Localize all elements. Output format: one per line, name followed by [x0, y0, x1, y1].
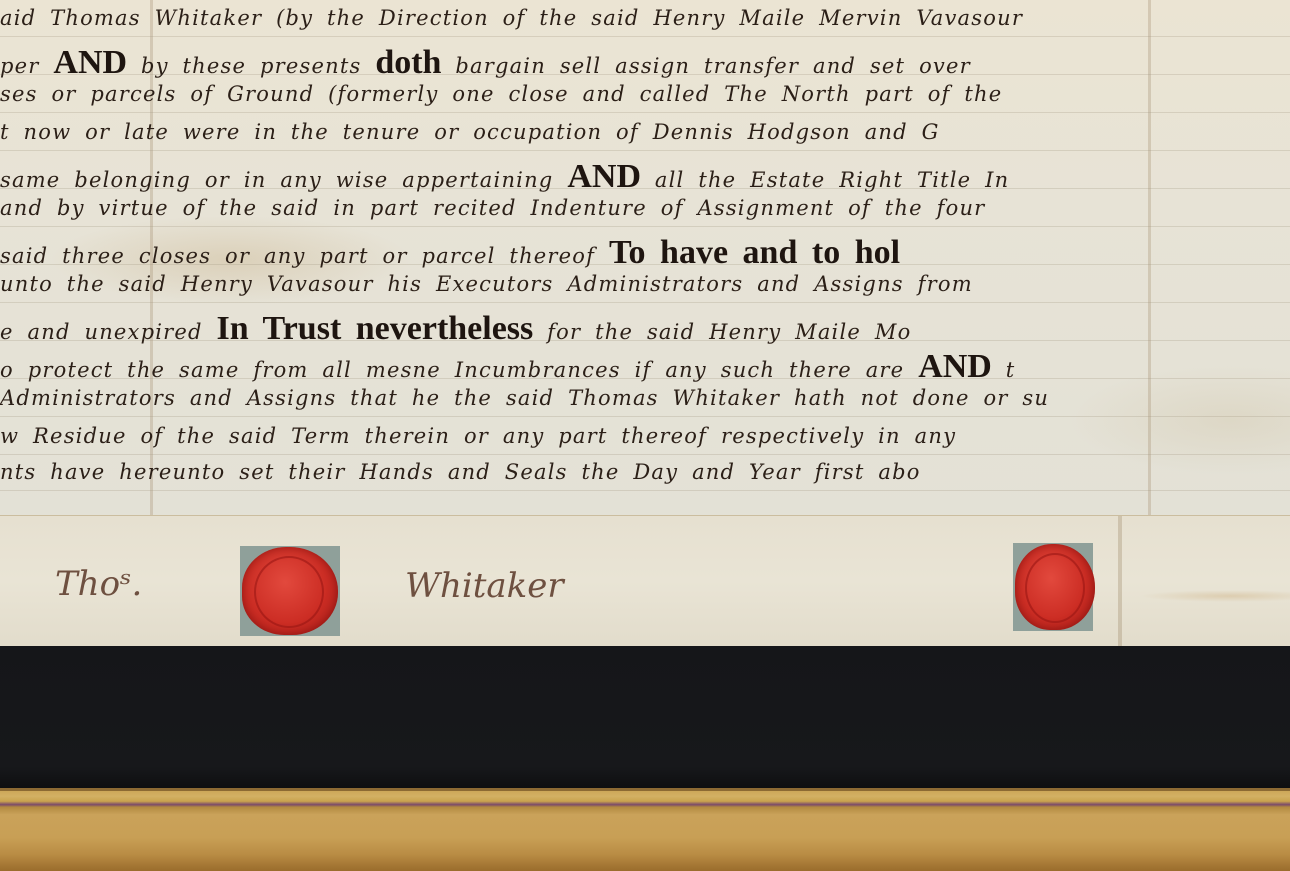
text-run: per — [0, 54, 53, 78]
ruled-line — [0, 226, 1290, 227]
ruled-line — [0, 150, 1290, 151]
frame-inner-edge — [0, 788, 1290, 791]
seal-impression — [1025, 553, 1085, 623]
engrossed-heading-word: In Trust nevertheless — [217, 310, 534, 347]
text-run: said three closes or any part or parcel … — [0, 244, 609, 268]
ruled-line — [0, 416, 1290, 417]
deed-text-line: unto the said Henry Vavasour his Executo… — [0, 272, 973, 296]
deed-text-line: nts have hereunto set their Hands and Se… — [0, 460, 921, 484]
fold-crease — [1118, 516, 1122, 646]
deed-text-line: e and unexpired In Trust nevertheless fo… — [0, 310, 911, 348]
engrossed-heading-word: To have and to hol — [609, 234, 900, 271]
text-run: o protect the same from all mesne Incumb… — [0, 358, 918, 382]
seal-impression — [254, 556, 324, 628]
signature-first-name: Thoˢ. — [55, 564, 142, 604]
text-run: for the said Henry Maile Mo — [533, 320, 911, 344]
deed-text-line: Administrators and Assigns that he the s… — [0, 386, 1049, 410]
gilt-frame — [0, 788, 1290, 871]
wax-seal-right — [1013, 543, 1093, 631]
text-run: bargain sell assign transfer and set ove… — [441, 54, 970, 78]
engrossed-heading-word: AND — [567, 158, 641, 195]
text-run: same belonging or in any wise appertaini… — [0, 168, 567, 192]
ruled-line — [0, 36, 1290, 37]
engrossed-heading-word: AND — [53, 44, 127, 81]
deed-text-line: said three closes or any part or parcel … — [0, 234, 900, 272]
text-run: all the Estate Right Title In — [641, 168, 1009, 192]
deed-text-line: and by virtue of the said in part recite… — [0, 196, 985, 220]
deed-text-line: t now or late were in the tenure or occu… — [0, 120, 940, 144]
text-run: by these presents — [127, 54, 375, 78]
ruled-line — [0, 454, 1290, 455]
deed-text-line: same belonging or in any wise appertaini… — [0, 158, 1009, 196]
ruled-line — [0, 302, 1290, 303]
wax-seal-left — [240, 546, 340, 636]
fold-crease — [1148, 0, 1151, 518]
text-run: t — [992, 358, 1016, 382]
parchment-document: aid Thomas Whitaker (by the Direction of… — [0, 0, 1290, 518]
engrossed-heading-word: doth — [375, 44, 441, 81]
deed-text-line: w Residue of the said Term therein or an… — [0, 424, 956, 448]
deed-text-line: aid Thomas Whitaker (by the Direction of… — [0, 6, 1023, 30]
ruled-line — [0, 490, 1290, 491]
text-run: e and unexpired — [0, 320, 217, 344]
deed-text-line: ses or parcels of Ground (formerly one c… — [0, 82, 1002, 106]
signature-surname: Whitaker — [405, 566, 564, 606]
deed-text-line: per AND by these presents doth bargain s… — [0, 44, 971, 82]
ruled-line — [0, 112, 1290, 113]
signature-strip: Thoˢ. Whitaker — [0, 515, 1290, 647]
engrossed-heading-word: AND — [918, 348, 992, 385]
deed-text-line: o protect the same from all mesne Incumb… — [0, 348, 1015, 386]
black-mat — [0, 646, 1290, 788]
